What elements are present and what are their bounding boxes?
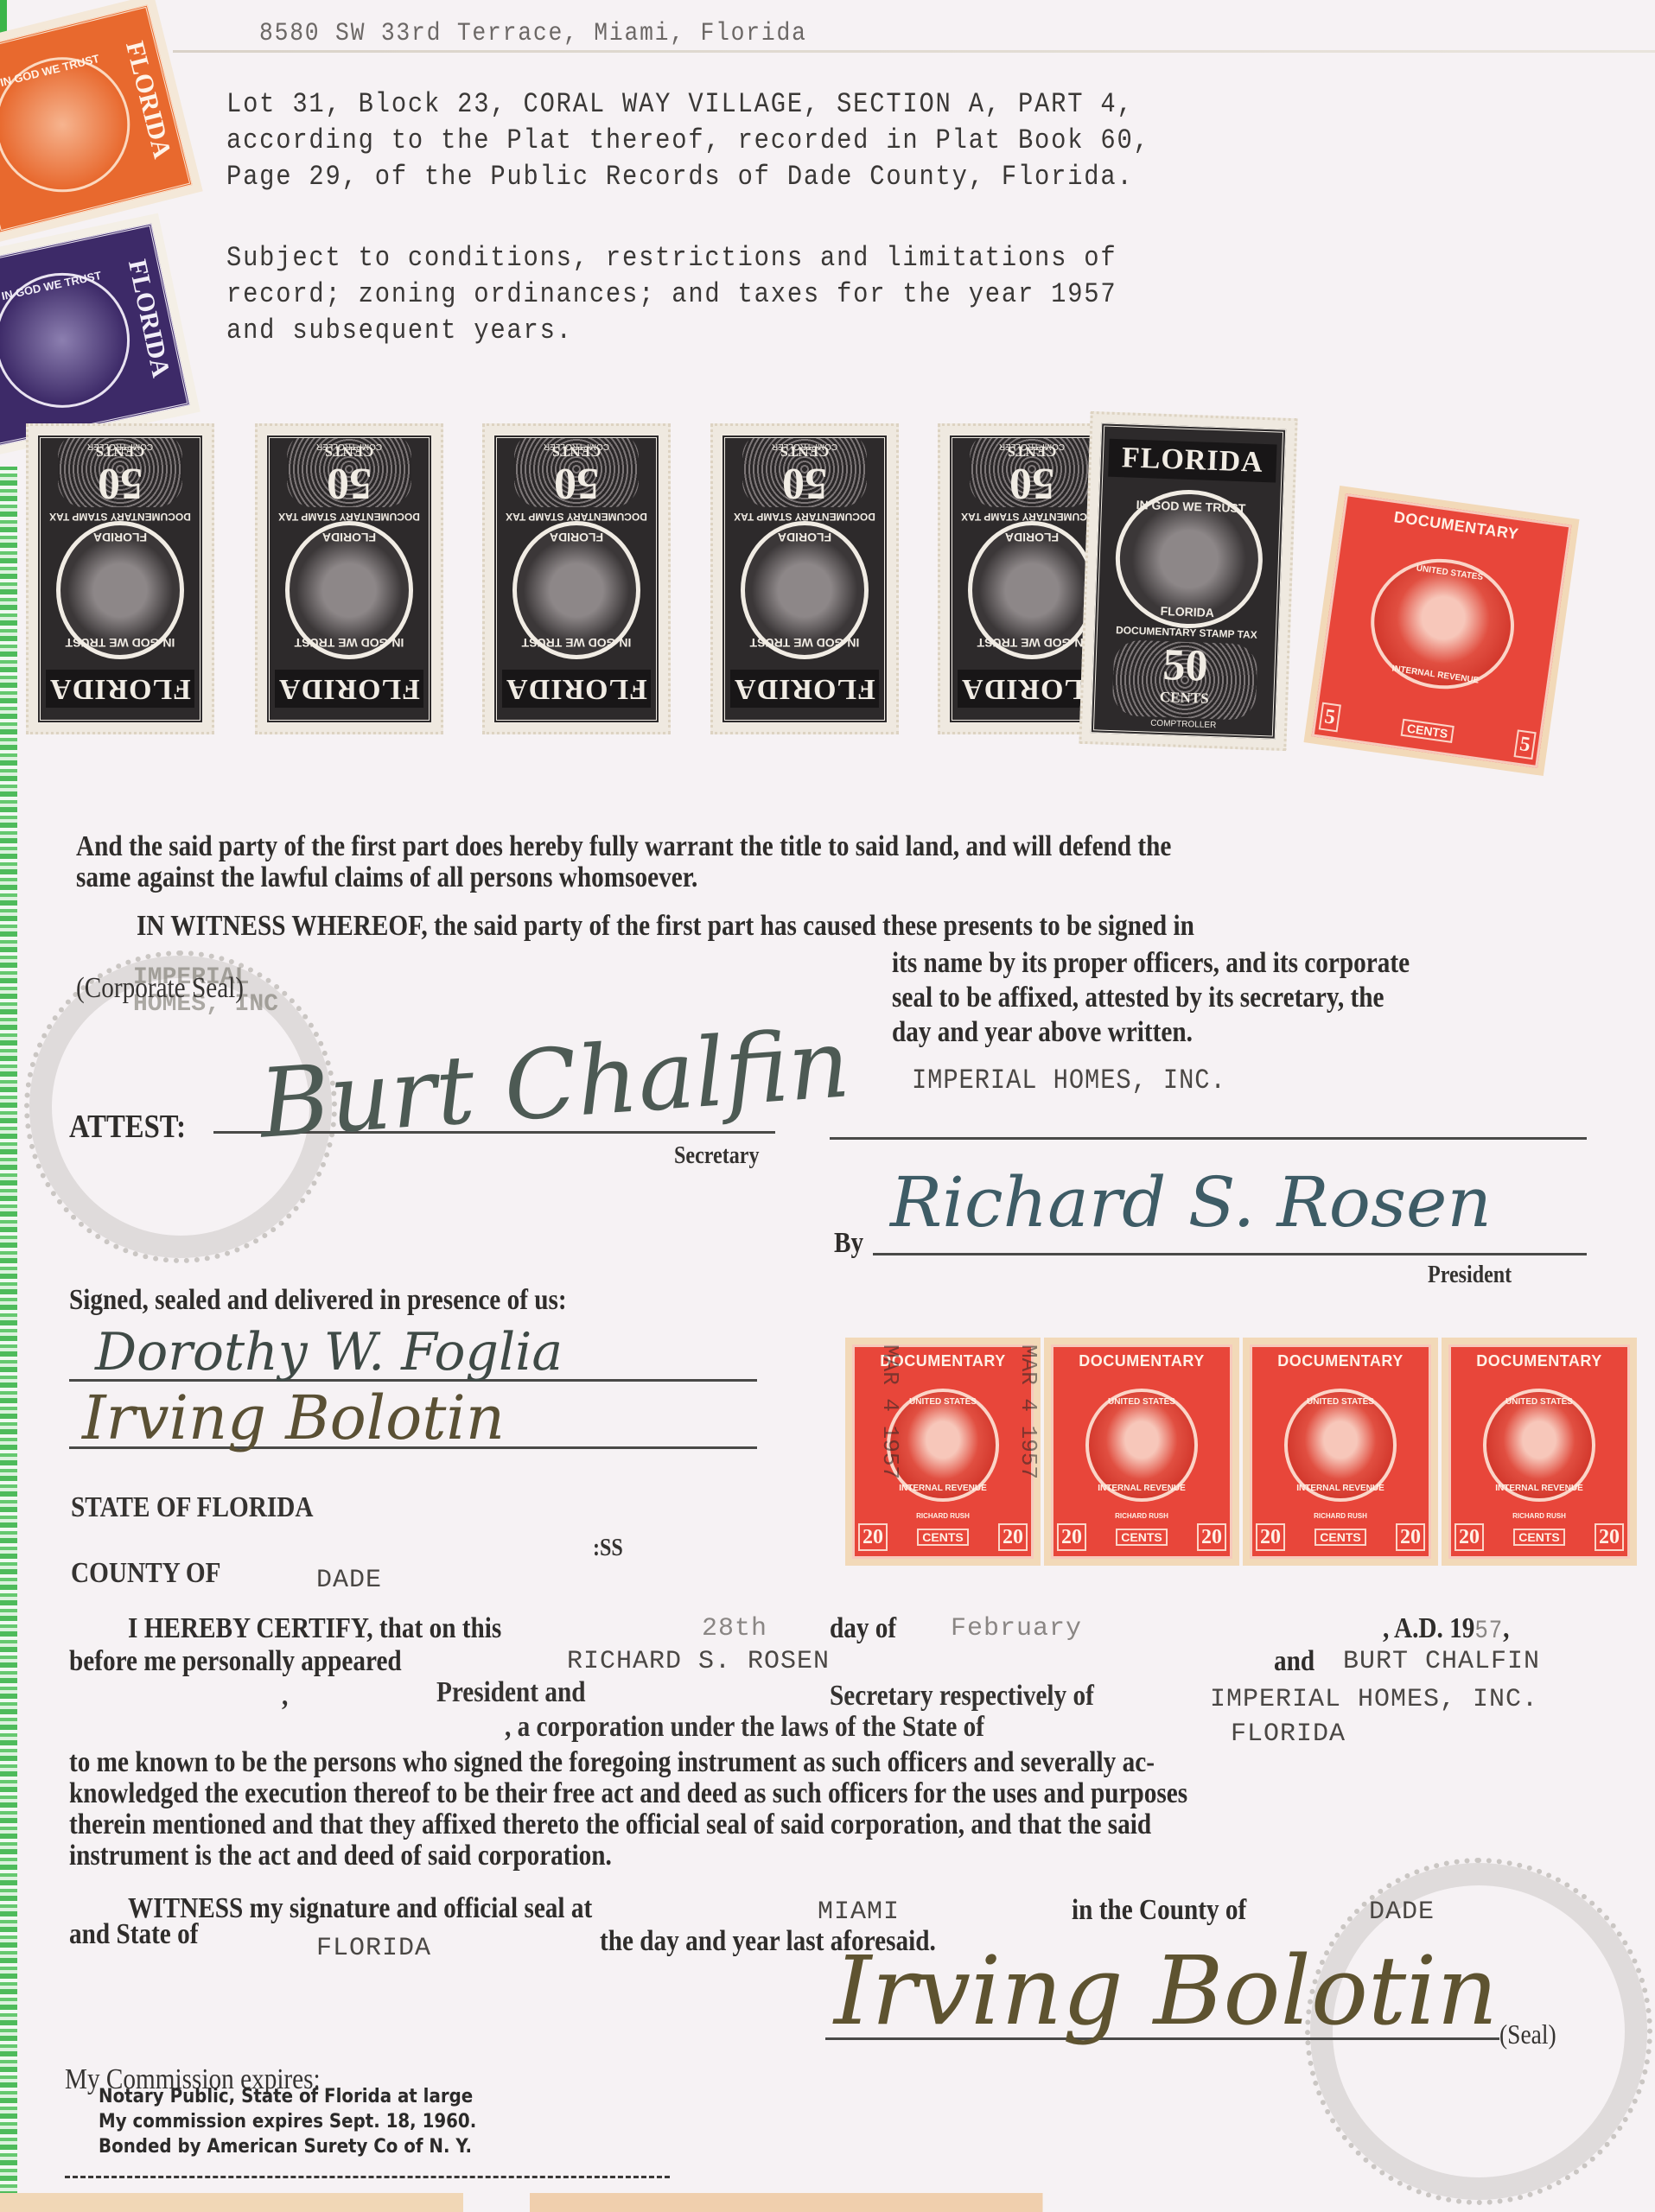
certify-lead-text: I HEREBY CERTIFY,	[128, 1612, 373, 1644]
certify-month: February	[951, 1614, 1082, 1643]
company-signature-line	[830, 1137, 1587, 1140]
cancellation-postmark: MAR 4 1957	[877, 1344, 903, 1479]
certification-line: instrument is the act and deed of said c…	[69, 1840, 1187, 1872]
florida-orange-stamp: FLORIDA IN GOD WE TRUST	[0, 0, 203, 244]
green-certificate-border-top	[0, 0, 7, 35]
florida-50c-stamp: FLORIDAIN GOD WE TRUSTFLORIDADOCUMENTARY…	[482, 423, 671, 734]
green-certificate-border	[0, 467, 17, 2212]
witness-2-signature: Irving Bolotin	[82, 1382, 505, 1453]
year-suffix: 57	[1474, 1617, 1503, 1646]
in-witness-whereof-text: the said party of the first part has cau…	[428, 910, 1194, 942]
witness-1-signature: Dorothy W. Foglia	[95, 1322, 563, 1382]
certify-company: IMPERIAL HOMES, INC.	[1210, 1685, 1538, 1714]
certify-state: FLORIDA	[1231, 1719, 1346, 1749]
witness-line: its name by its proper officers, and its…	[892, 946, 1410, 981]
certification-line: knowledged the execution thereof to be t…	[69, 1778, 1187, 1809]
property-address: 8580 SW 33rd Terrace, Miami, Florida	[259, 19, 807, 48]
corporation-laws-label: , a corporation under the laws of the St…	[505, 1711, 984, 1744]
florida-50c-stamp: FLORIDAIN GOD WE TRUSTFLORIDADOCUMENTARY…	[255, 423, 443, 734]
person-1: RICHARD S. ROSEN	[567, 1647, 830, 1676]
warranty-clause: And the said party of the first part doe…	[76, 831, 1171, 893]
us-documentary-20c-stamp: DOCUMENTARYUNITED STATESINTERNAL REVENUE…	[845, 1338, 1041, 1566]
president-and-label: President and	[436, 1676, 585, 1709]
florida-purple-stamp: FLORIDA IN GOD WE TRUST	[0, 213, 201, 457]
corporate-seal-label: (Corporate Seal)	[76, 972, 244, 1005]
subject-to-clause: Subject to conditions, restrictions and …	[226, 240, 1117, 349]
in-county-label: in the County of	[1072, 1894, 1246, 1927]
witness-county: DADE	[1369, 1897, 1435, 1927]
president-signature-line	[873, 1253, 1587, 1255]
day-of-label: day of	[830, 1612, 896, 1645]
legal-description: Lot 31, Block 23, CORAL WAY VILLAGE, SEC…	[226, 86, 1150, 195]
certify-day: 28th	[702, 1614, 767, 1643]
witness-line: seal to be affixed, attested by its secr…	[892, 981, 1410, 1015]
witness-city: MIAMI	[818, 1897, 900, 1927]
comma: ,	[1503, 1612, 1509, 1644]
secretary-label: Secretary	[674, 1142, 759, 1170]
witness-state: FLORIDA	[316, 1934, 431, 1963]
certification-line: therein mentioned and that they affixed …	[69, 1809, 1187, 1840]
subject-line: and subsequent years.	[226, 313, 1117, 349]
in-witness-whereof-lead: IN WITNESS WHEREOF,	[137, 910, 428, 942]
notary-stamp-line: My commission expires Sept. 18, 1960.	[99, 2109, 476, 2134]
subject-line: record; zoning ordinances; and taxes for…	[226, 276, 1117, 313]
secretary-respectively-label: Secretary respectively of	[830, 1680, 1094, 1713]
on-this-text: that on this	[373, 1612, 502, 1644]
venue-state: STATE OF FLORIDA	[71, 1491, 314, 1524]
signed-sealed-delivered-label: Signed, sealed and delivered in presence…	[69, 1284, 567, 1317]
us-documentary-5c-stamp: DOCUMENTARY UNITED STATES INTERNAL REVEN…	[1303, 486, 1579, 776]
florida-50c-stamp: FLORIDAIN GOD WE TRUSTFLORIDADOCUMENTARY…	[710, 423, 899, 734]
warranty-line: same against the lawful claims of all pe…	[76, 862, 1171, 893]
ad-year: , A.D. 1957,	[1383, 1612, 1509, 1646]
venue-county-label: COUNTY OF	[71, 1557, 221, 1590]
certify-lead: I HEREBY CERTIFY, that on this	[128, 1612, 501, 1645]
florida-50c-stamp: FLORIDAIN GOD WE TRUSTFLORIDADOCUMENTARY…	[26, 423, 214, 734]
notary-stamp-line: Bonded by American Surety Co of N. Y.	[99, 2134, 476, 2159]
us-documentary-20c-stamp: DOCUMENTARYUNITED STATESINTERNAL REVENUE…	[1044, 1338, 1239, 1566]
torn-edge	[173, 50, 1655, 53]
warranty-line: And the said party of the first part doe…	[76, 831, 1171, 862]
seal-label: (Seal)	[1499, 2018, 1556, 2050]
legal-line: according to the Plat thereof, recorded …	[226, 123, 1150, 159]
by-label: By	[834, 1227, 863, 1260]
in-witness-whereof-continuation: its name by its proper officers, and its…	[892, 946, 1410, 1050]
secretary-signature: Burt Chalfin	[256, 1007, 853, 1159]
bottom-stamp-edge	[0, 2193, 1655, 2212]
witness-line: day and year above written.	[892, 1015, 1410, 1050]
comma-mark: ,	[282, 1680, 288, 1713]
attest-label: ATTEST:	[69, 1108, 186, 1146]
company-name: IMPERIAL HOMES, INC.	[912, 1065, 1226, 1096]
president-label: President	[1428, 1262, 1512, 1289]
cancellation-postmark: MAR 4 1957	[1015, 1344, 1041, 1479]
subject-line: Subject to conditions, restrictions and …	[226, 240, 1117, 276]
and-label: and	[1274, 1645, 1314, 1678]
notary-signature: Irving Bolotin	[834, 1935, 1498, 2046]
venue-county-value: DADE	[316, 1566, 382, 1595]
notary-rubber-stamp: Notary Public, State of Florida at large…	[99, 2084, 476, 2159]
person-2: BURT CHALFIN	[1343, 1647, 1540, 1676]
in-witness-whereof-line: IN WITNESS WHEREOF, the said party of th…	[137, 910, 1194, 943]
and-state-label: and State of	[69, 1918, 198, 1951]
certification-line: to me known to be the persons who signed…	[69, 1747, 1187, 1778]
florida-50c-stamp: FLORIDAIN GOD WE TRUSTFLORIDADOCUMENTARY…	[1079, 411, 1297, 751]
us-documentary-20c-stamp: DOCUMENTARYUNITED STATESINTERNAL REVENUE…	[1243, 1338, 1438, 1566]
notary-stamp-line: Notary Public, State of Florida at large	[99, 2084, 476, 2109]
certification-body: to me known to be the persons who signed…	[69, 1747, 1187, 1872]
us-documentary-20c-stamp: DOCUMENTARYUNITED STATESINTERNAL REVENUE…	[1442, 1338, 1637, 1566]
witness-text: my signature and official seal at	[243, 1892, 592, 1924]
legal-line: Lot 31, Block 23, CORAL WAY VILLAGE, SEC…	[226, 86, 1150, 123]
venue-ss: :SS	[593, 1535, 623, 1562]
legal-line: Page 29, of the Public Records of Dade C…	[226, 159, 1150, 195]
president-signature: Richard S. Rosen	[890, 1162, 1492, 1243]
ad-label: , A.D. 19	[1383, 1612, 1474, 1644]
commission-line	[65, 2176, 670, 2178]
appeared-label: before me personally appeared	[69, 1645, 402, 1678]
